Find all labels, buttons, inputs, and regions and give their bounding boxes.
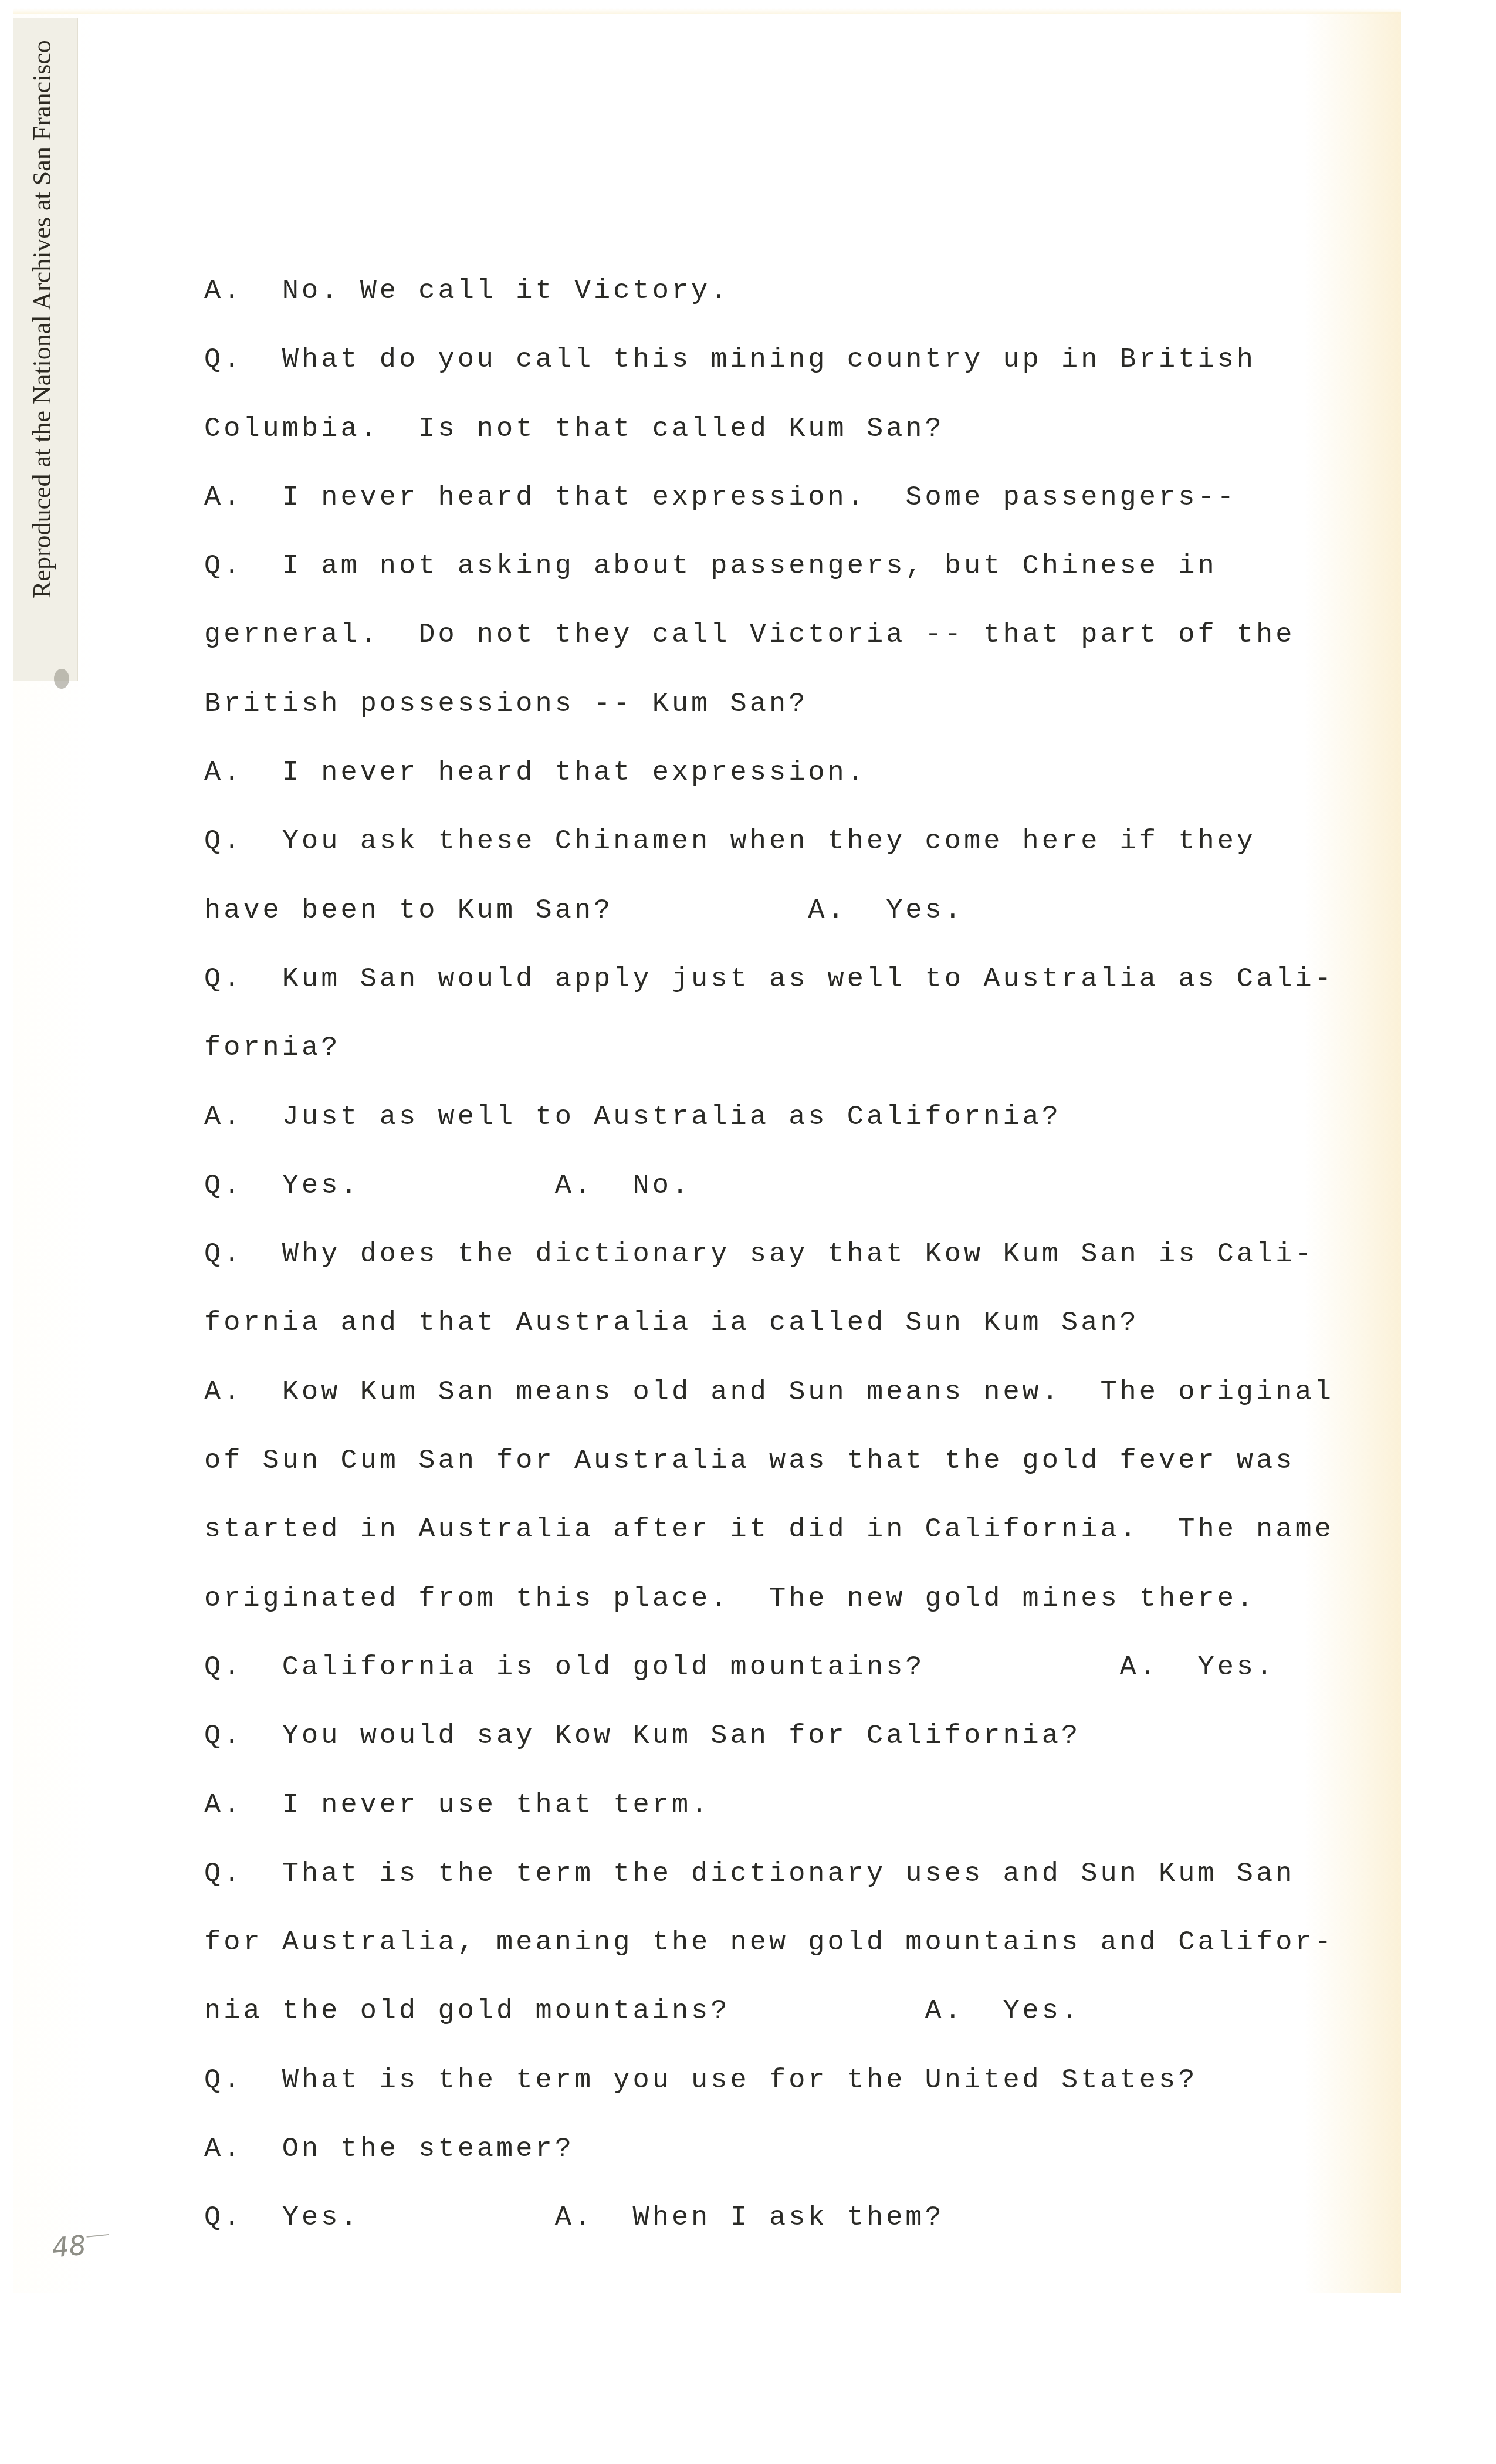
- transcript-line: A. Just as well to Australia as Californ…: [204, 1097, 1366, 1166]
- transcript-line: Q. California is old gold mountains? A. …: [204, 1647, 1366, 1716]
- transcript-line: nia the old gold mountains? A. Yes.: [204, 1991, 1366, 2060]
- transcript-line: Q. Why does the dictionary say that Kow …: [204, 1234, 1366, 1303]
- transcript-body: A. No. We call it Victory.Q. What do you…: [204, 271, 1366, 2267]
- transcript-line: started in Australia after it did in Cal…: [204, 1509, 1366, 1578]
- transcript-line: fornia and that Australia ia called Sun …: [204, 1303, 1366, 1372]
- transcript-line: Q. You would say Kow Kum San for Califor…: [204, 1716, 1366, 1785]
- transcript-line: Q. You ask these Chinamen when they come…: [204, 821, 1366, 890]
- transcript-line: British possessions -- Kum San?: [204, 684, 1366, 753]
- archive-stamp: Reproduced at the National Archives at S…: [27, 40, 57, 598]
- transcript-line: A. I never use that term.: [204, 1785, 1366, 1854]
- transcript-line: A. On the steamer?: [204, 2129, 1366, 2198]
- tape-mark: [54, 669, 69, 689]
- transcript-line: Columbia. Is not that called Kum San?: [204, 409, 1366, 478]
- transcript-line: Q. Kum San would apply just as well to A…: [204, 959, 1366, 1028]
- transcript-line: Q. Yes. A. No.: [204, 1166, 1366, 1234]
- transcript-line: A. I never heard that expression. Some p…: [204, 478, 1366, 546]
- transcript-line: Q. That is the term the dictionary uses …: [204, 1854, 1366, 1923]
- page-edge-shadow: [13, 8, 1401, 14]
- transcript-line: Q. I am not asking about passengers, but…: [204, 546, 1366, 615]
- transcript-line: for Australia, meaning the new gold moun…: [204, 1923, 1366, 1991]
- transcript-line: gerneral. Do not they call Victoria -- t…: [204, 615, 1366, 683]
- transcript-line: have been to Kum San? A. Yes.: [204, 891, 1366, 959]
- transcript-line: originated from this place. The new gold…: [204, 1579, 1366, 1647]
- transcript-line: A. I never heard that expression.: [204, 753, 1366, 821]
- transcript-line: A. No. We call it Victory.: [204, 271, 1366, 340]
- transcript-line: Q. What is the term you use for the Unit…: [204, 2060, 1366, 2129]
- transcript-line: Q. What do you call this mining country …: [204, 340, 1366, 408]
- transcript-line: fornia?: [204, 1028, 1366, 1096]
- transcript-line: A. Kow Kum San means old and Sun means n…: [204, 1372, 1366, 1441]
- handwritten-page-number: 48: [50, 2226, 111, 2264]
- transcript-line: Q. Yes. A. When I ask them?: [204, 2198, 1366, 2266]
- transcript-line: of Sun Cum San for Australia was that th…: [204, 1441, 1366, 1509]
